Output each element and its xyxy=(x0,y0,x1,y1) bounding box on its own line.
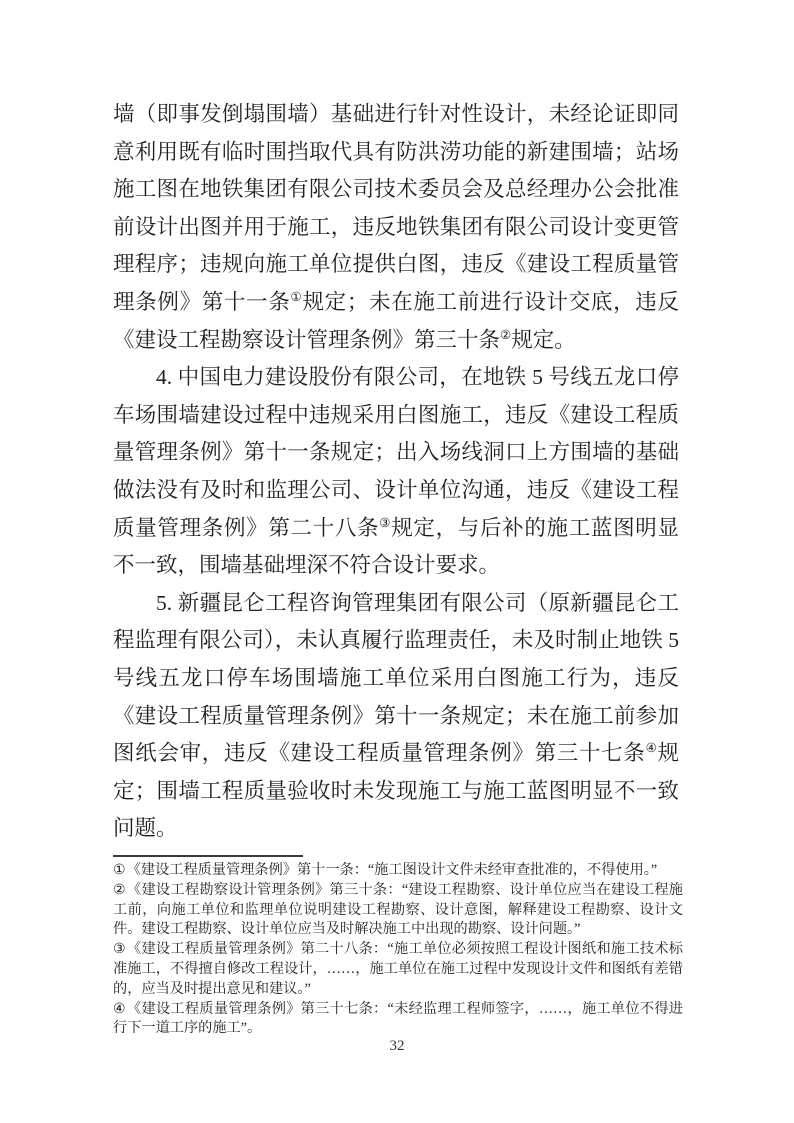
document-page: 墙（即事发倒塌围墙）基础进行针对性设计，未经论证即同意利用既有临时围挡取代具有防… xyxy=(0,0,794,1123)
body-paragraph: 5. 新疆昆仑工程咨询管理集团有限公司（原新疆昆仑工程监理有限公司），未认真履行… xyxy=(113,585,679,848)
footnote-item: ③《建设工程质量管理条例》第二十八条：“施工单位必须按照工程设计图纸和施工技术标… xyxy=(113,940,683,999)
footnotes-section: ①《建设工程质量管理条例》第十一条：“施工图设计文件未经审查批准的，不得使用。”… xyxy=(113,861,683,1039)
body-paragraph: 4. 中国电力建设股份有限公司，在地铁 5 号线五龙口停车场围墙建设过程中违规采… xyxy=(113,359,679,585)
body-paragraph: 墙（即事发倒塌围墙）基础进行针对性设计，未经论证即同意利用既有临时围挡取代具有防… xyxy=(113,96,679,359)
footnote-marker: ④ xyxy=(113,1001,126,1017)
footnote-marker: ① xyxy=(113,862,126,878)
footnote-reference: ① xyxy=(291,290,303,304)
footnote-reference: ③ xyxy=(379,515,391,529)
footnote-reference: ④ xyxy=(646,741,658,755)
footnote-reference: ② xyxy=(500,327,511,341)
footnote-separator xyxy=(113,855,303,857)
page-number: 32 xyxy=(0,1038,794,1055)
footnote-marker: ③ xyxy=(113,941,126,957)
footnote-item: ②《建设工程勘察设计管理条例》第三十条：“建设工程勘察、设计单位应当在建设工程施… xyxy=(113,881,683,940)
footnote-item: ①《建设工程质量管理条例》第十一条：“施工图设计文件未经审查批准的，不得使用。” xyxy=(113,861,683,881)
body-text: 墙（即事发倒塌围墙）基础进行针对性设计，未经论证即同意利用既有临时围挡取代具有防… xyxy=(113,96,679,848)
footnote-item: ④《建设工程质量管理条例》第三十七条：“未经监理工程师签字，……，施工单位不得进… xyxy=(113,1000,683,1040)
footnote-marker: ② xyxy=(113,882,126,898)
